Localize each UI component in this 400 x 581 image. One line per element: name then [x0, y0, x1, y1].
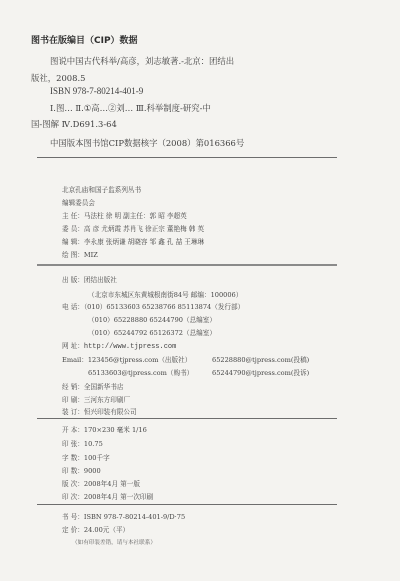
- price-row: 定 价：24.00元（平）: [62, 524, 129, 534]
- cip-classification-line: Ⅰ.图… Ⅱ.①高…②刘… Ⅲ.科举制度-研究-中: [50, 102, 211, 114]
- book-number-label: 书 号：: [62, 513, 84, 521]
- committee-heading: 编辑委员会: [62, 197, 95, 207]
- publisher-address: （北京市东城区东黄城根南街84号 邮编：100006）: [88, 289, 242, 299]
- phone-value: （010）65133603 65238766 85113874（发行部）: [84, 303, 244, 311]
- committee-value: 李永康 张炳谦 胡晓容 邹 鑫 孔 喆 王琳琳: [84, 238, 204, 246]
- binding-label: 装 订：: [62, 408, 84, 416]
- email-link-submissions[interactable]: 65228880@tjpress.com(投稿): [212, 354, 309, 364]
- website-row: 网 址：http://www.tjpress.com: [62, 340, 176, 351]
- spec-row-sheets: 印 张：10.75: [62, 438, 103, 448]
- publisher-label: 出 版：: [62, 276, 84, 284]
- committee-row-members: 委 员：高 彦 尤炳霞 苏肖飞 徐正宗 董艳梅 韩 英: [62, 223, 204, 233]
- email-link-complaints[interactable]: 65244790@tjpress.com(投诉): [212, 367, 309, 377]
- cip-title-line-2: 版社，2008.5: [31, 72, 85, 84]
- committee-label: 绘 图：: [62, 251, 84, 259]
- spec-value: 100千字: [84, 454, 110, 462]
- committee-row-illustration: 绘 图：MIZ: [62, 249, 98, 259]
- website-link[interactable]: http://www.tjpress.com: [84, 343, 176, 351]
- printer-row: 印 刷：三河东方印刷厂: [62, 394, 130, 404]
- binding-value: 恒兴印装有限公司: [84, 408, 137, 416]
- spec-row-edition: 版 次：2008年4月 第一版: [62, 478, 140, 488]
- spec-value: 9000: [84, 467, 101, 475]
- defect-notice: （如有印装差错，请与本社联系）: [72, 538, 156, 546]
- cip-classification-line-2: 国-图解 Ⅳ.D691.3-64: [31, 118, 117, 130]
- binding-row: 装 订：恒兴印装有限公司: [62, 406, 137, 416]
- spec-value: 10.75: [84, 440, 103, 448]
- series-name: 北京孔庙和国子监系列丛书: [62, 184, 141, 194]
- email-row: Email：123456@tjpress.com（出版社）: [62, 354, 191, 364]
- book-number-row: 书 号：ISBN 978-7-80214-401-9/D·75: [62, 511, 185, 521]
- spec-label: 印 数：: [62, 467, 84, 475]
- committee-label: 委 员：: [62, 225, 84, 233]
- website-label: 网 址：: [62, 342, 84, 350]
- committee-row-editors: 编 辑：李永康 张炳谦 胡晓容 邹 鑫 孔 喆 王琳琳: [62, 236, 204, 246]
- committee-label: 编 辑：: [62, 238, 84, 246]
- committee-value: 马法柱 徐 明 副主任：郭 昭 李超英: [84, 212, 187, 220]
- cip-approval-number: 中国版本图书馆CIP数据核字（2008）第016366号: [50, 137, 244, 149]
- spec-value: 2008年4月 第一次印刷: [84, 493, 153, 501]
- spec-label: 字 数：: [62, 454, 84, 462]
- phone-label: 电 话：: [62, 303, 84, 311]
- spec-row-print-run: 印 数：9000: [62, 465, 101, 475]
- spec-label: 开 本：: [62, 426, 84, 434]
- spec-label: 印 张：: [62, 440, 84, 448]
- divider-rule: [37, 504, 337, 505]
- distributor-label: 经 销：: [62, 383, 84, 391]
- phone-row-2: （010）65228880 65244790（总编室）: [88, 314, 216, 324]
- distributor-row: 经 销：全国新华书店: [62, 381, 123, 391]
- committee-row-director: 主 任：马法柱 徐 明 副主任：郭 昭 李超英: [62, 210, 187, 220]
- cip-heading: 图书在版编目（CIP）数据: [31, 33, 138, 46]
- distributor-value: 全国新华书店: [84, 383, 124, 391]
- cip-isbn: ISBN 978-7-80214-401-9: [50, 86, 143, 96]
- cip-title-line: 图说中国古代科举/高彦，刘志敏著.-北京：团结出: [50, 55, 234, 67]
- phone-row: 电 话：（010）65133603 65238766 85113874（发行部）: [62, 301, 244, 311]
- email-link-purchase[interactable]: 65133603@tjpress.com（购书）: [88, 367, 193, 377]
- divider-rule: [37, 264, 337, 266]
- divider-rule: [37, 157, 337, 158]
- printer-value: 三河东方印刷厂: [84, 396, 130, 404]
- divider-rule: [37, 418, 337, 419]
- price-value: 24.00元（平）: [84, 526, 129, 534]
- price-label: 定 价：: [62, 526, 84, 534]
- book-number-value: ISBN 978-7-80214-401-9/D·75: [84, 513, 185, 521]
- committee-value: 高 彦 尤炳霞 苏肖飞 徐正宗 董艳梅 韩 英: [84, 225, 204, 233]
- committee-label: 主 任：: [62, 212, 84, 220]
- spec-value: 170×230 毫米 1/16: [84, 426, 147, 434]
- publisher-value: 团结出版社: [84, 276, 117, 284]
- publisher-row: 出 版：团结出版社: [62, 274, 117, 284]
- spec-label: 印 次：: [62, 493, 84, 501]
- email-link-publisher[interactable]: 123456@tjpress.com（出版社）: [88, 356, 191, 364]
- spec-row-format: 开 本：170×230 毫米 1/16: [62, 424, 147, 434]
- email-label: Email：: [62, 356, 88, 364]
- committee-value: MIZ: [84, 251, 98, 259]
- spec-value: 2008年4月 第一版: [84, 480, 140, 488]
- spec-label: 版 次：: [62, 480, 84, 488]
- spec-row-impression: 印 次：2008年4月 第一次印刷: [62, 491, 153, 501]
- spec-row-wordcount: 字 数：100千字: [62, 452, 110, 462]
- phone-row-3: （010）65244792 65126372（总编室）: [88, 327, 216, 337]
- printer-label: 印 刷：: [62, 396, 84, 404]
